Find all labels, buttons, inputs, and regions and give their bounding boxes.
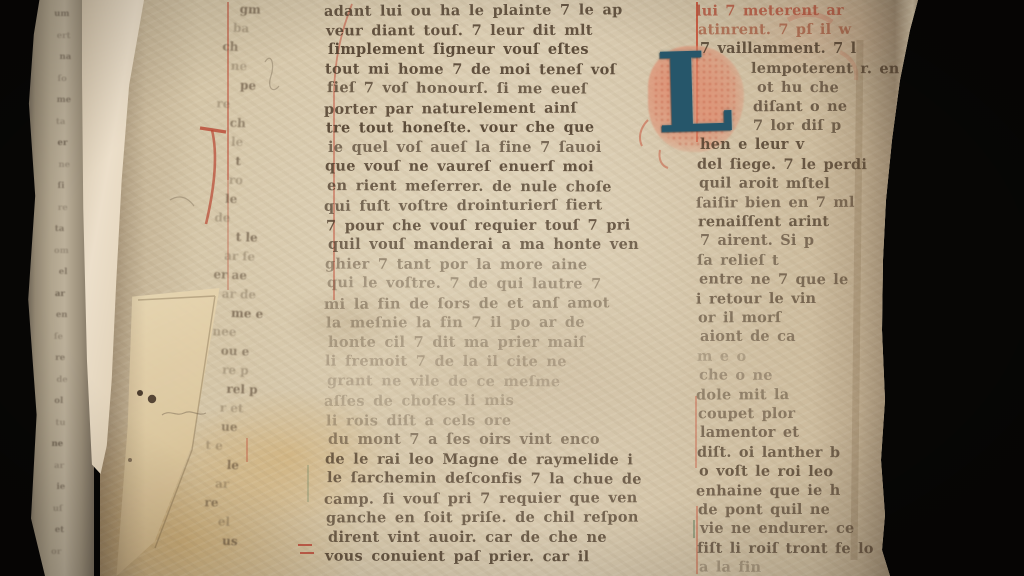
- ink-blot-1: [137, 390, 143, 396]
- spine-text-fragment: or: [31, 541, 81, 563]
- center-text-column: adant lui ou ha le plainte 7 le apveur d…: [326, 1, 664, 567]
- text-line: tre tout honeſte. vour che que: [326, 118, 664, 138]
- spine-text-fragment: et: [34, 520, 84, 542]
- text-line: ſimplement ſigneur vouſ eſtes: [328, 40, 666, 60]
- text-line: du mont 7 a ſes oirs vint enco: [328, 430, 666, 450]
- spine-text-fragment: um: [37, 4, 87, 26]
- text-line: 7 pour che vouſ requier touſ 7 pri: [326, 215, 664, 235]
- spine-text-fragment: de: [37, 369, 87, 391]
- spine-text-fragment: ſo: [37, 68, 87, 90]
- spine-text-fragment: ne: [39, 154, 89, 176]
- text-line: vous conuient paſ prier. car il: [325, 547, 663, 567]
- text-line: li rois diſt a cels ore: [326, 410, 664, 430]
- text-line: la meſnie la fin 7 il po ar de: [326, 313, 664, 333]
- text-line: le ſarchemin deſconfis 7 la chue de: [327, 468, 665, 489]
- text-line: mi la fin de ſors de et anſ amot: [324, 293, 662, 314]
- text-line: qui le voſtre. 7 de qui lautre 7: [327, 273, 665, 294]
- manuscript-page: gmbachneperechletroledet lear ſeer aear …: [100, 0, 924, 576]
- torn-edge-shading: [812, 0, 924, 576]
- text-line: ganche en ſoit priſe. de chil reſpon: [326, 508, 664, 528]
- text-line: veur diant touſ. 7 leur dit mlt: [326, 20, 664, 40]
- text-line: camp. ſi vouſ pri 7 requier que ven: [324, 488, 662, 509]
- text-line: en rient meſerrer. de nule choſe: [327, 176, 665, 197]
- text-line: ghier 7 tant por la more aine: [325, 254, 663, 274]
- spine-text-column: umertnaſometaerneſiretaomelarenſeredeolt…: [33, 4, 89, 563]
- text-line: porter par naturelement ainſ: [324, 98, 662, 119]
- spine-text-fragment: ie: [36, 477, 86, 499]
- spine-text-fragment: el: [38, 262, 88, 284]
- text-line: dirent vint auoir. car de che ne: [328, 528, 666, 548]
- spine-text-fragment: ar: [35, 283, 85, 305]
- text-line: aſſes de choſes li mis: [324, 390, 662, 411]
- spine-text-fragment: ſe: [33, 326, 83, 348]
- spine-text-fragment: ta: [35, 219, 85, 241]
- spine-text-fragment: ert: [39, 25, 89, 47]
- spine-text-fragment: er: [37, 133, 87, 155]
- red-margin-dashes: [298, 545, 314, 553]
- spine-text-fragment: ne: [32, 434, 82, 456]
- spine-text-fragment: ol: [34, 391, 84, 413]
- text-fragment: us: [176, 530, 277, 553]
- ink-blot-2: [148, 395, 156, 403]
- text-line: quil vouſ manderai a ma honte ven: [328, 235, 666, 255]
- spine-text-fragment: ſi: [36, 176, 86, 198]
- text-line: que vouſ ne vaureſ enuerſ moi: [325, 157, 663, 177]
- spine-text-fragment: tu: [35, 412, 85, 434]
- text-line: fieſ 7 voſ honourſ. ſi me eueſ: [327, 78, 665, 99]
- text-line: qui fuſt voſtre drointurierſ fiert: [324, 195, 662, 216]
- text-line: tout mi home 7 de moi teneſ voſ: [325, 59, 663, 79]
- spine-text-fragment: ar: [34, 455, 84, 477]
- text-line: de le rai leo Magne de raymelide i: [325, 449, 663, 469]
- manuscript-photo: umertnaſometaerneſiretaomelarenſeredeolt…: [0, 0, 1024, 576]
- spine-text-fragment: en: [36, 305, 86, 327]
- text-line: ie quel voſ aueſ la fine 7 ſauoi: [328, 138, 666, 158]
- spine-text-fragment: uſ: [32, 498, 82, 520]
- text-line: grant ne vile de ce meſme: [327, 371, 665, 392]
- text-line: li fremoit 7 de la il cite ne: [325, 352, 663, 372]
- spine-text-fragment: me: [39, 90, 89, 112]
- spine-text-fragment: re: [38, 197, 88, 219]
- text-line: honte cil 7 dit ma prier maiſ: [328, 333, 666, 353]
- ink-blot-3: [128, 458, 132, 462]
- left-fragment-column: gmbachneperechletroledet lear ſeer aear …: [177, 0, 296, 553]
- text-line: adant lui ou ha le plainte 7 le ap: [324, 0, 662, 21]
- spine-text-fragment: om: [36, 240, 86, 262]
- spine-text-fragment: ta: [36, 111, 86, 133]
- spine-text-fragment: re: [35, 348, 85, 370]
